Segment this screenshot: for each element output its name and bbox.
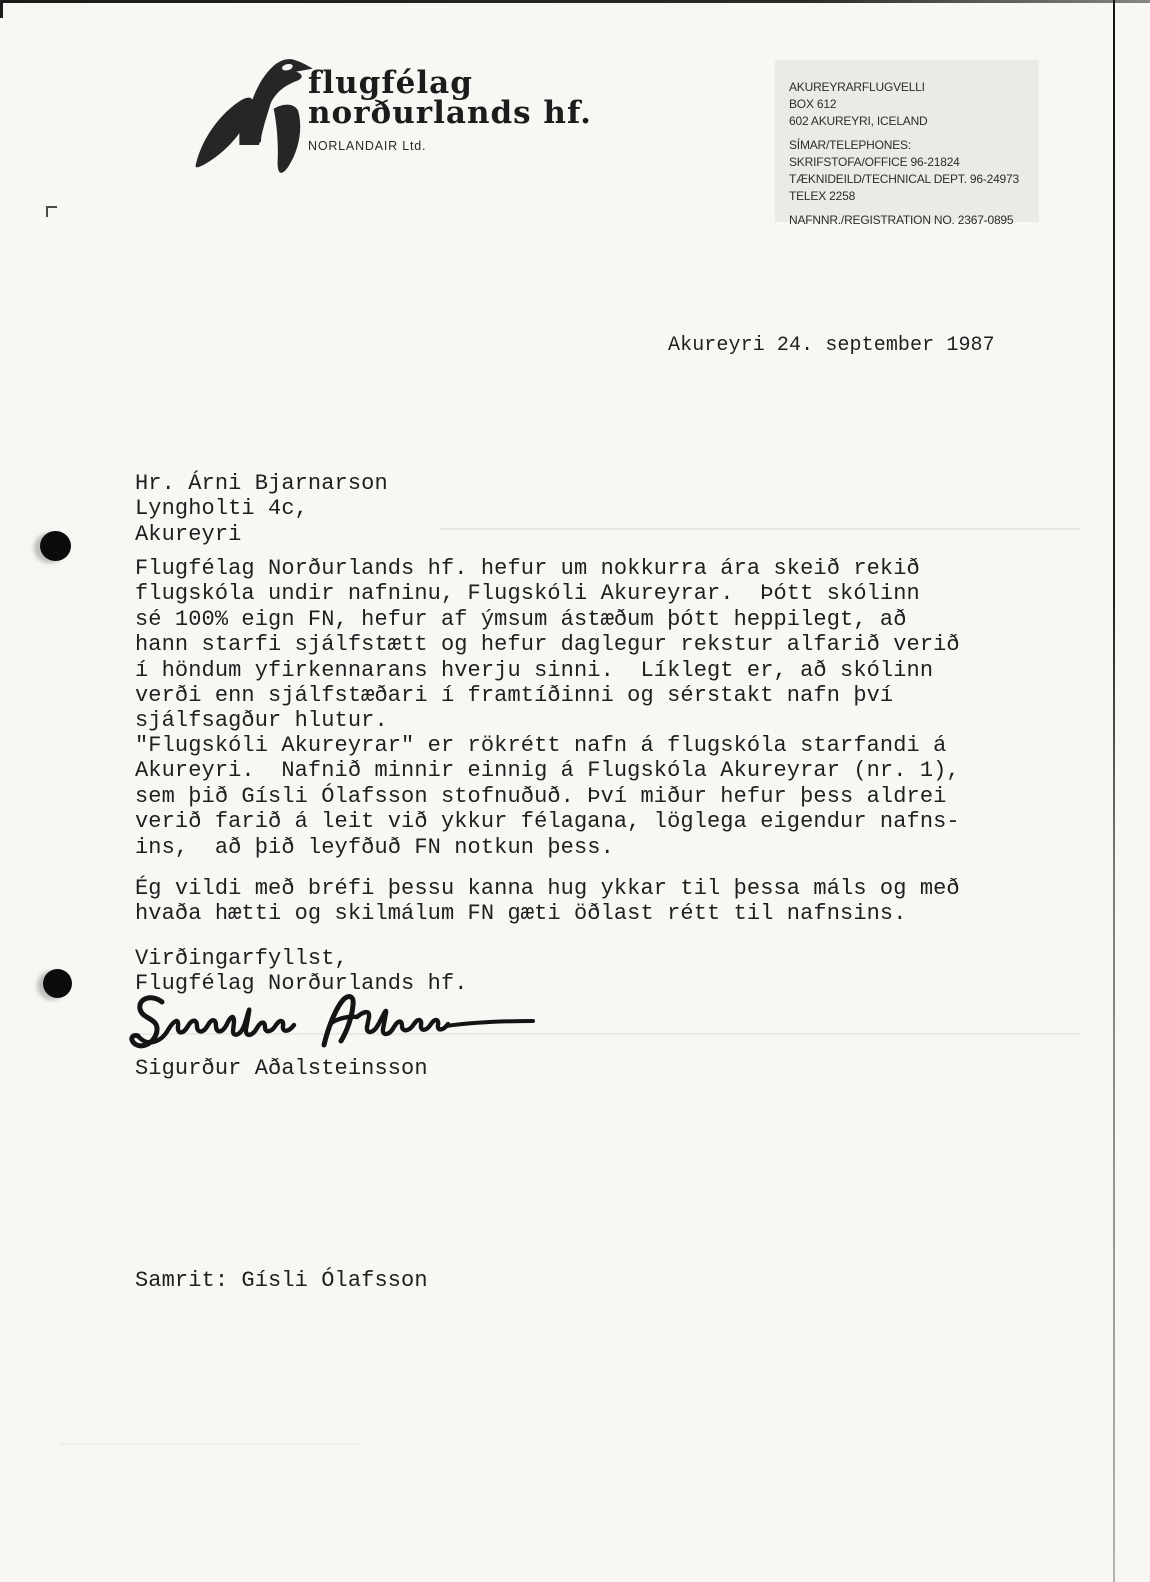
body-paragraph-3: Ég vildi með bréfi þessu kanna hug ykkar… xyxy=(135,876,960,927)
scan-streak xyxy=(60,1443,360,1445)
handwritten-signature xyxy=(128,993,540,1055)
punch-hole xyxy=(40,531,71,561)
corner-registration-mark xyxy=(46,206,57,217)
letterhead-registration-line: NAFNNR./REGISTRATION NO. 2367-0895 xyxy=(789,212,1039,229)
letterhead-phone-lines: SÍMAR/TELEPHONES: SKRIFSTOFA/OFFICE 96-2… xyxy=(789,137,1039,205)
punch-hole xyxy=(43,969,72,998)
company-name-line1: flugfélag xyxy=(308,68,592,98)
dateline: Akureyri 24. september 1987 xyxy=(668,333,995,358)
signatory-name: Sigurður Aðalsteinsson xyxy=(135,1056,428,1081)
letterhead-address-box: AKUREYRARFLUGVELLI BOX 612 602 AKUREYRI,… xyxy=(775,60,1039,222)
scan-left-corner xyxy=(0,0,3,18)
scanned-letter-page: flugfélag norðurlands hf. NORLANDAIR Ltd… xyxy=(0,0,1150,1582)
scan-page-edge-line xyxy=(1113,0,1115,1582)
letterhead-postal-address: AKUREYRARFLUGVELLI BOX 612 602 AKUREYRI,… xyxy=(789,79,1039,130)
scan-top-edge xyxy=(0,0,1150,3)
closing-salutation: Virðingarfyllst, Flugfélag Norðurlands h… xyxy=(135,946,468,997)
company-name-line2: norðurlands hf. xyxy=(308,98,592,128)
body-paragraph-2: "Flugskóli Akureyrar" er rökrétt nafn á … xyxy=(135,733,960,860)
company-wordmark: flugfélag norðurlands hf. NORLANDAIR Ltd… xyxy=(308,68,592,153)
recipient-address: Hr. Árni Bjarnarson Lyngholti 4c, Akurey… xyxy=(135,471,388,547)
carbon-copy-line: Samrit: Gísli Ólafsson xyxy=(135,1268,428,1293)
body-paragraph-1: Flugfélag Norðurlands hf. hefur um nokku… xyxy=(135,556,960,734)
scan-streak xyxy=(440,528,1080,530)
company-subtitle: NORLANDAIR Ltd. xyxy=(308,139,592,153)
